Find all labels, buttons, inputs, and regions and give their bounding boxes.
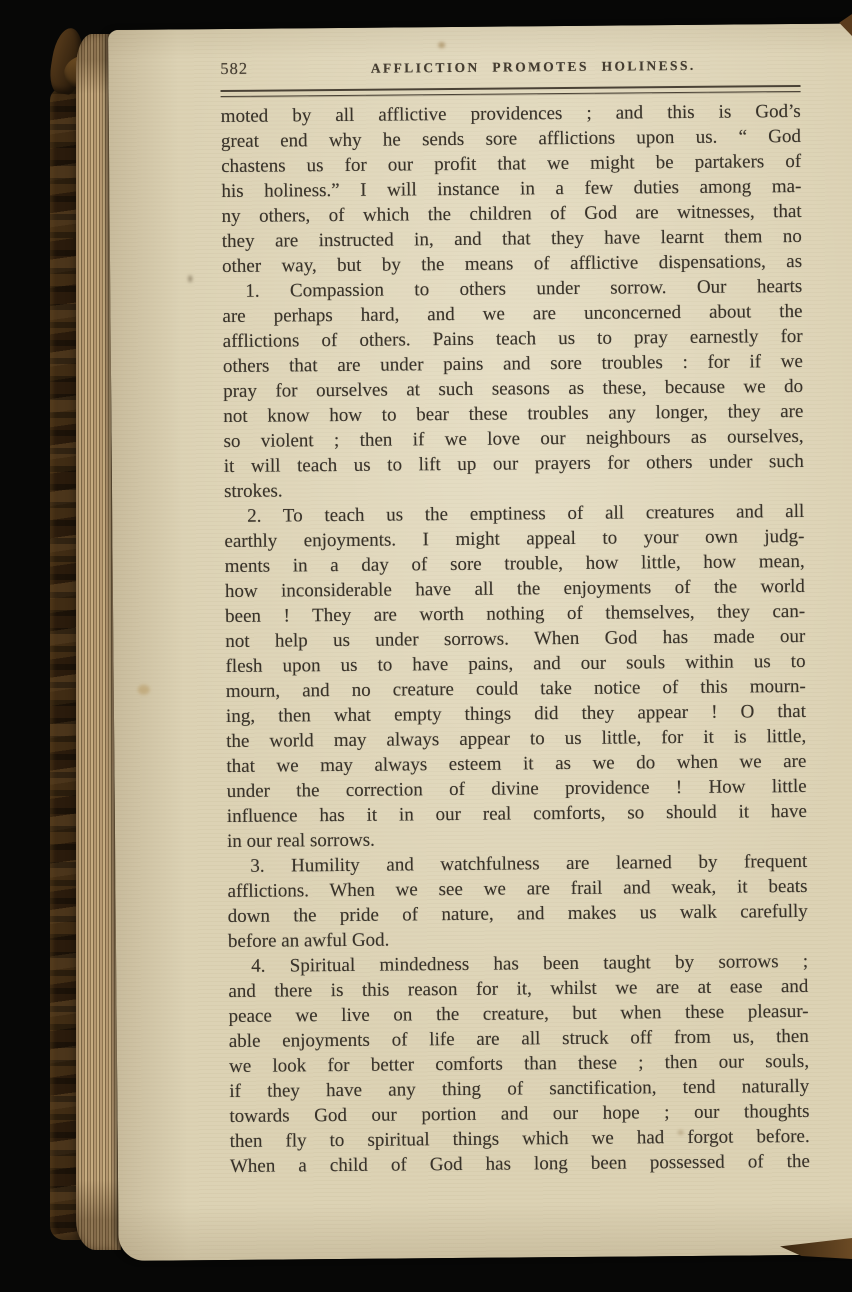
body-text: moted by all afflictive providences ; an… <box>221 99 810 1179</box>
foxing-spot <box>438 42 445 48</box>
text-line: influence has it in our real comforts, s… <box>227 799 807 829</box>
text-line: down the pride of nature, and makes us w… <box>228 899 808 929</box>
foxing-spot <box>138 685 150 695</box>
printed-text-block: 582 AFFLICTION PROMOTES HOLINESS. moted … <box>220 54 810 1179</box>
running-title: AFFLICTION PROMOTES HOLINESS. <box>248 57 800 78</box>
book-page: 582 AFFLICTION PROMOTES HOLINESS. moted … <box>108 23 852 1260</box>
text-line: it will teach us to lift up our prayers … <box>224 449 804 479</box>
page-number: 582 <box>220 59 248 79</box>
text-line: When a child of God has long been posses… <box>230 1149 810 1179</box>
book-photo: 582 AFFLICTION PROMOTES HOLINESS. moted … <box>0 0 852 1292</box>
header-double-rule <box>221 85 801 97</box>
page-header: 582 AFFLICTION PROMOTES HOLINESS. <box>220 54 800 83</box>
photo-background: { "header": { "page_number": "582", "run… <box>0 0 852 1292</box>
foxing-spot <box>678 1130 684 1135</box>
foxing-spot <box>188 275 192 282</box>
